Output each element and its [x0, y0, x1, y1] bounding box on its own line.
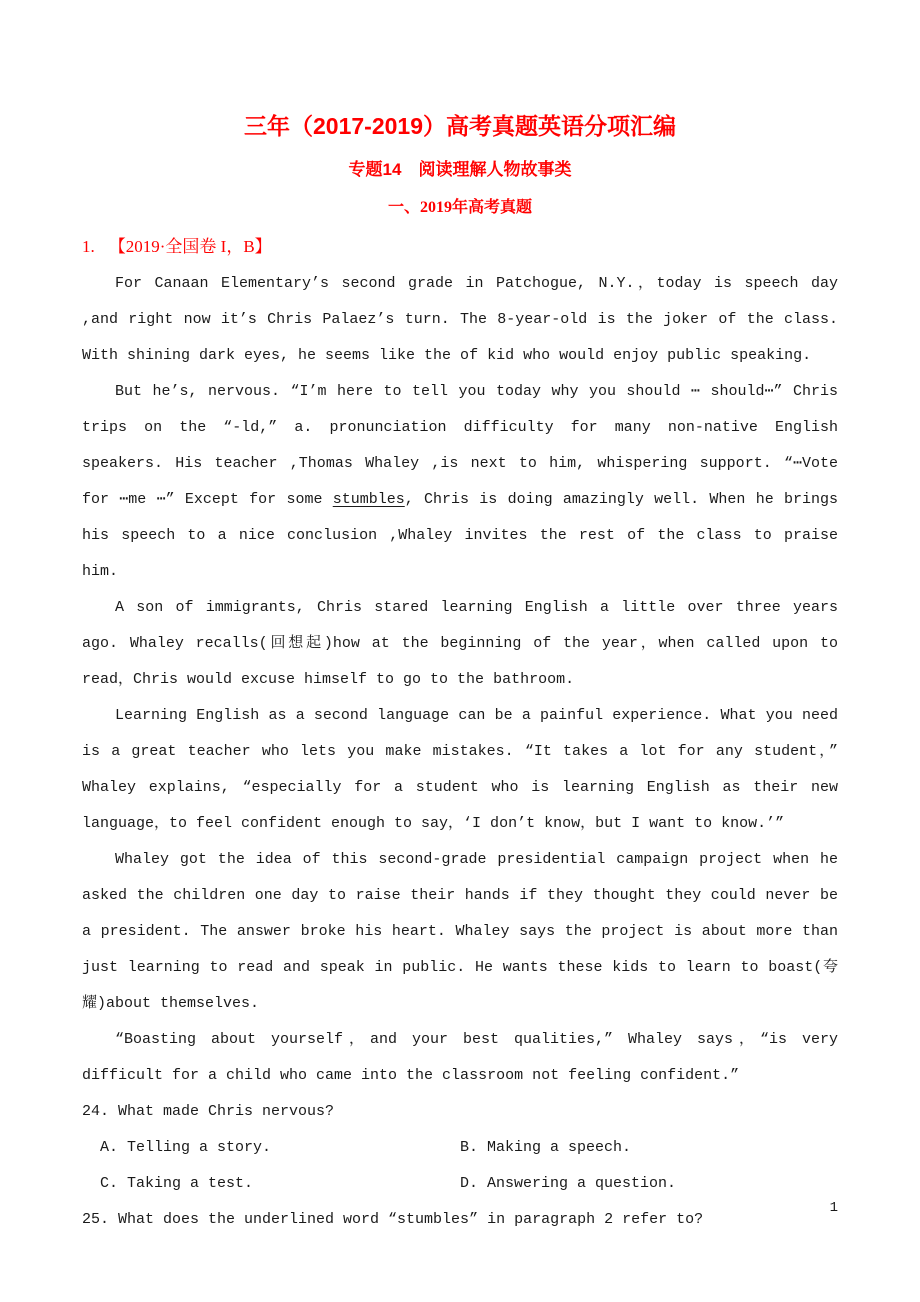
option-c: C. Taking a test.	[100, 1166, 460, 1202]
question-24-options: A. Telling a story. B. Making a speech. …	[82, 1130, 838, 1202]
document-title: 三年（2017-2019）高考真题英语分项汇编	[82, 112, 838, 140]
passage-paragraph-4: Learning English as a second language ca…	[82, 698, 838, 842]
document-subtitle: 专题14 阅读理解人物故事类	[82, 159, 838, 181]
question-block: 24. What made Chris nervous? A. Telling …	[82, 1094, 838, 1238]
underlined-word-stumbles: stumbles	[333, 491, 405, 508]
question-24-stem: 24. What made Chris nervous?	[82, 1094, 838, 1130]
item-source-label: 【2019·全国卷 I，B】	[109, 237, 272, 256]
paragraph-2-text-pre: But he’s, nervous. “I’m here to tell you…	[82, 383, 838, 508]
item-heading: 1.【2019·全国卷 I，B】	[82, 236, 838, 258]
passage-paragraph-2: But he’s, nervous. “I’m here to tell you…	[82, 374, 838, 590]
reading-passage: For Canaan Elementary’s second grade in …	[82, 266, 838, 1094]
page-number: 1	[830, 1200, 838, 1216]
question-25-stem: 25. What does the underlined word “stumb…	[82, 1202, 838, 1238]
item-number: 1.	[82, 237, 95, 256]
passage-paragraph-3: A son of immigrants, Chris stared learni…	[82, 590, 838, 698]
document-page: 三年（2017-2019）高考真题英语分项汇编 专题14 阅读理解人物故事类 一…	[0, 0, 920, 1302]
passage-paragraph-6: “Boasting about yourself，and your best q…	[82, 1022, 838, 1094]
option-d: D. Answering a question.	[460, 1166, 838, 1202]
section-heading: 一、2019年高考真题	[82, 198, 838, 218]
option-a: A. Telling a story.	[100, 1130, 460, 1166]
option-b: B. Making a speech.	[460, 1130, 838, 1166]
passage-paragraph-1: For Canaan Elementary’s second grade in …	[82, 266, 838, 374]
passage-paragraph-5: Whaley got the idea of this second-grade…	[82, 842, 838, 1022]
